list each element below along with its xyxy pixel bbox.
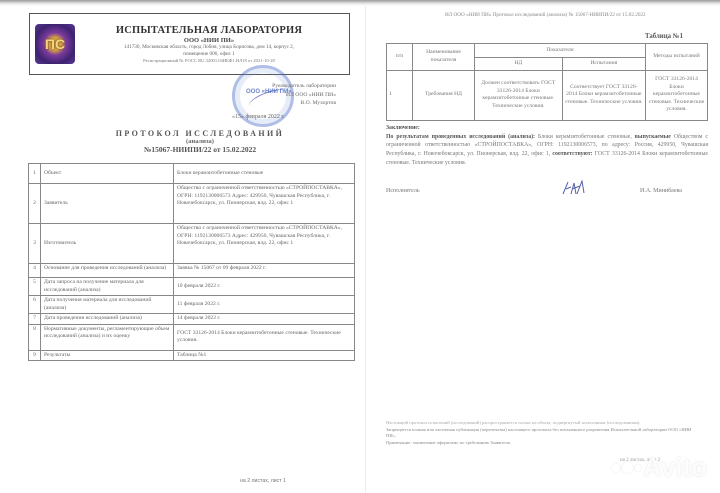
conclusion-bold2: выпускаемые xyxy=(635,134,671,140)
lab-address-line2: помещение 006, офис 1 xyxy=(75,51,343,58)
watermark-text: Avito xyxy=(643,452,707,483)
table-row: 6 Дата получения материала для исследова… xyxy=(29,296,355,314)
conclusion-lead: По результатам проведенных исследований … xyxy=(386,134,535,140)
page-footer-left: на 2 листах, лист 1 xyxy=(240,478,286,484)
row-label: Изготовитель xyxy=(41,224,174,264)
running-header: ИЛ ООО «НИИ ПИ» Протокол исследований (а… xyxy=(445,12,646,18)
col-header-tests: Испытания xyxy=(562,58,645,71)
lab-logo-icon: ПС xyxy=(35,24,75,64)
row-label: Дата запроса на получение материала для … xyxy=(41,278,174,296)
table-row: 2 Заявитель Общество с ограниченной отве… xyxy=(29,184,355,224)
table-row: 9 Результаты Таблица №1 xyxy=(29,350,355,361)
executor-signature-icon xyxy=(560,180,590,196)
row-number: 5 xyxy=(29,278,41,296)
approval-date: «15» февраля 2022 г. xyxy=(232,114,285,120)
protocol-title: ПРОТОКОЛ ИССЛЕДОВАНИЙ xyxy=(80,129,320,138)
row-value: 14 февраля 2022 г. xyxy=(174,314,355,325)
cell-tests: Соответствует ГОСТ 33126-2014 Блоки кера… xyxy=(562,70,645,120)
row-number: 1 xyxy=(29,164,41,184)
row-label: Заявитель xyxy=(41,184,174,224)
row-value: Заявка № 15067 от 09 февраля 2022 г. xyxy=(174,264,355,278)
row-value: Общество с ограниченной ответственностью… xyxy=(174,184,355,224)
protocol-info-table: 1 Объект Блоки керамзитобетонные стеновы… xyxy=(28,163,355,361)
col-header-methods: Методы испытаний xyxy=(646,44,708,71)
avito-watermark: Avito xyxy=(612,452,707,483)
lab-address-line1: 141730, Московская область, город Лобня,… xyxy=(75,44,343,51)
table-row: 4 Основание для проведения исследований … xyxy=(29,264,355,278)
cell-num: 1 xyxy=(387,70,413,120)
lab-header-box: ПС ИСПЫТАТЕЛЬНАЯ ЛАБОРАТОРИЯ ООО «НИИ ПИ… xyxy=(29,13,350,75)
page-divider xyxy=(365,6,366,493)
approval-line1: Руководитель лаборатории xyxy=(256,82,336,91)
row-label: Дата получения материала для исследовани… xyxy=(41,296,174,314)
cell-name: Требования НД xyxy=(413,70,475,120)
conclusion-block: Заключение: По результатам проведенных и… xyxy=(386,124,708,167)
lab-title: ИСПЫТАТЕЛЬНАЯ ЛАБОРАТОРИЯ xyxy=(75,25,343,36)
conclusion-part1: Блоки керамзитобетонные стеновые, xyxy=(535,134,635,140)
row-number: 3 xyxy=(29,224,41,264)
row-value: 11 февраля 2022 г. xyxy=(174,296,355,314)
approval-block: Руководитель лаборатории ИЛ ООО «НИИ ПИ»… xyxy=(256,82,336,108)
row-label: Нормативные документы, регламентирующие … xyxy=(41,324,174,350)
row-number: 4 xyxy=(29,264,41,278)
col-header-nd: НД xyxy=(475,58,563,71)
table-row: 1 Объект Блоки керамзитобетонные стеновы… xyxy=(29,164,355,184)
protocol-subtitle: (анализа) xyxy=(80,138,320,145)
row-number: 8 xyxy=(29,324,41,350)
results-table: п/п Наименование показателя Показатели М… xyxy=(386,43,708,121)
col-header-name: Наименование показателя xyxy=(413,44,475,71)
table-row: 7 Дата проведения исследований (анализа)… xyxy=(29,314,355,325)
table-row: 3 Изготовитель Общество с ограниченной о… xyxy=(29,224,355,264)
executor-label: Исполнитель xyxy=(386,188,420,194)
row-value: Общество с ограниченной ответственностью… xyxy=(174,224,355,264)
lab-registration: Регистрационный № РОСС RU.32001.04ИБФ1.И… xyxy=(75,58,343,63)
logo-text: ПС xyxy=(45,36,65,52)
protocol-title-block: ПРОТОКОЛ ИССЛЕДОВАНИЙ (анализа) №15067-Н… xyxy=(80,129,320,154)
protocol-number: №15067-НИИПИ/22 от 15.02.2022 xyxy=(80,145,320,154)
row-label: Основание для проведения исследований (а… xyxy=(41,264,174,278)
table-caption: Таблица №1 xyxy=(645,33,683,40)
row-value: 10 февраля 2022 г. xyxy=(174,278,355,296)
row-number: 7 xyxy=(29,314,41,325)
row-number: 9 xyxy=(29,350,41,361)
conclusion-bold3: соответствуют: xyxy=(552,151,592,157)
avito-dots-icon xyxy=(612,462,641,473)
row-value: Блоки керамзитобетонные стеновые xyxy=(174,164,355,184)
conclusion-heading: Заключение: xyxy=(386,125,420,131)
table-row: 8 Нормативные документы, регламентирующи… xyxy=(29,324,355,350)
row-number: 6 xyxy=(29,296,41,314)
cell-nd: Должен соответствовать ГОСТ 33126-2014 Б… xyxy=(475,70,563,120)
row-value: Таблица №1 xyxy=(174,350,355,361)
row-value: ГОСТ 33126-2014 Блоки керамзитобетонные … xyxy=(174,324,355,350)
conclusion-text: По результатам проведенных исследований … xyxy=(386,133,708,168)
lab-org: ООО «НИИ ПИ» xyxy=(75,37,343,44)
notes-block: Настоящий протокол испытаний (исследован… xyxy=(386,420,696,447)
approval-line3: В.О. Мухортов xyxy=(256,99,336,108)
executor-name: И.А. Минибаева xyxy=(640,188,682,194)
note-line2: Запрещается полная или частичная публика… xyxy=(386,427,696,440)
header-row: п/п Наименование показателя Показатели М… xyxy=(387,44,708,58)
col-header-indicators: Показатели xyxy=(475,44,646,58)
table-row: 1 Требования НД Должен соответствовать Г… xyxy=(387,70,708,120)
note-line1: Настоящий протокол испытаний (исследован… xyxy=(386,420,696,427)
table-row: 5 Дата запроса на получение материала дл… xyxy=(29,278,355,296)
row-label: Объект xyxy=(41,164,174,184)
row-number: 2 xyxy=(29,184,41,224)
row-label: Дата проведения исследований (анализа) xyxy=(41,314,174,325)
approval-line2: ИЛ ООО «НИИ ПИ» xyxy=(256,91,336,100)
row-label: Результаты xyxy=(41,350,174,361)
lab-header-text: ИСПЫТАТЕЛЬНАЯ ЛАБОРАТОРИЯ ООО «НИИ ПИ» 1… xyxy=(75,25,349,64)
note-line3: Примечание: заключение оформлено по треб… xyxy=(386,440,696,447)
col-header-num: п/п xyxy=(387,44,413,71)
cell-methods: ГОСТ 33126-2014 Блоки керамзитобетонные … xyxy=(646,70,708,120)
